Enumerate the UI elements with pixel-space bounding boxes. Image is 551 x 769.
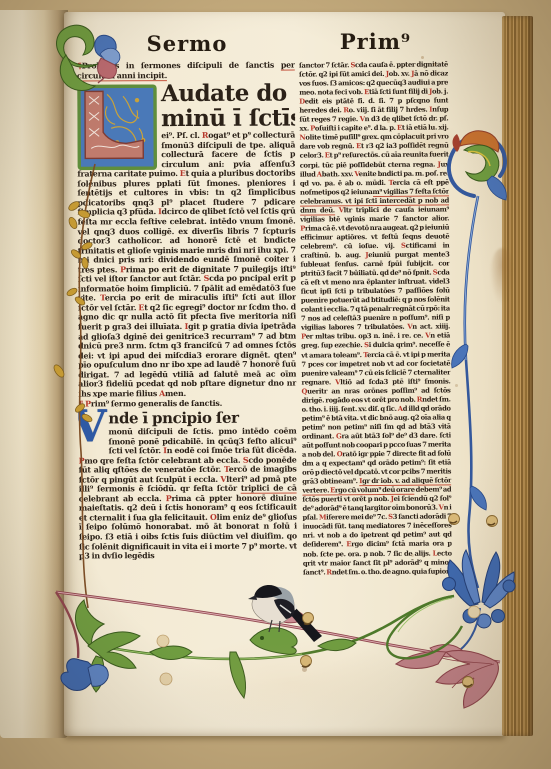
book-photograph: Sermo Prim⁹ ¶Prologus in ſermones diſcip… [0,0,551,769]
lombard-initial-V: V [77,405,107,449]
first-sermon-section: V nde ī pncipio ſer monū diſcipuli de ſc… [78,409,297,561]
running-header-right: Prim⁹ [301,29,450,54]
book-fore-edge [502,16,533,736]
text-column-left: ¶Prologus in ſermones diſcipuli de ſanct… [77,61,297,588]
prologue-body: ei⁹. Pſ. cl. Rogat⁹ et p⁹ collecturā ſmo… [77,131,296,399]
illuminated-initial-L [77,84,157,170]
facing-page-gutter [0,10,68,738]
right-column-body: ſanctor 7 ſctār. Scda cauſa ē. ppter dig… [299,60,452,577]
prologue-rubric: ¶Prologus in ſermones diſcipuli de ſanct… [77,61,295,81]
text-column-right: ſanctor 7 ſctār. Scda cauſa ē. ppter dig… [299,60,452,589]
running-header-left: Sermo [78,31,296,56]
sermon-body: monū diſcipuli de ſctis. pmo intēdo coēm… [78,426,297,561]
prologue-section: Audate do minū ī ſctīs ei⁹. Pſ. cl. Roga… [77,82,296,399]
sermon-incipit: nde ī pncipio ſer [78,409,296,427]
sermon-rubric: ¶ Prim⁹ ſermo generalis de ſanctis. [78,399,296,409]
